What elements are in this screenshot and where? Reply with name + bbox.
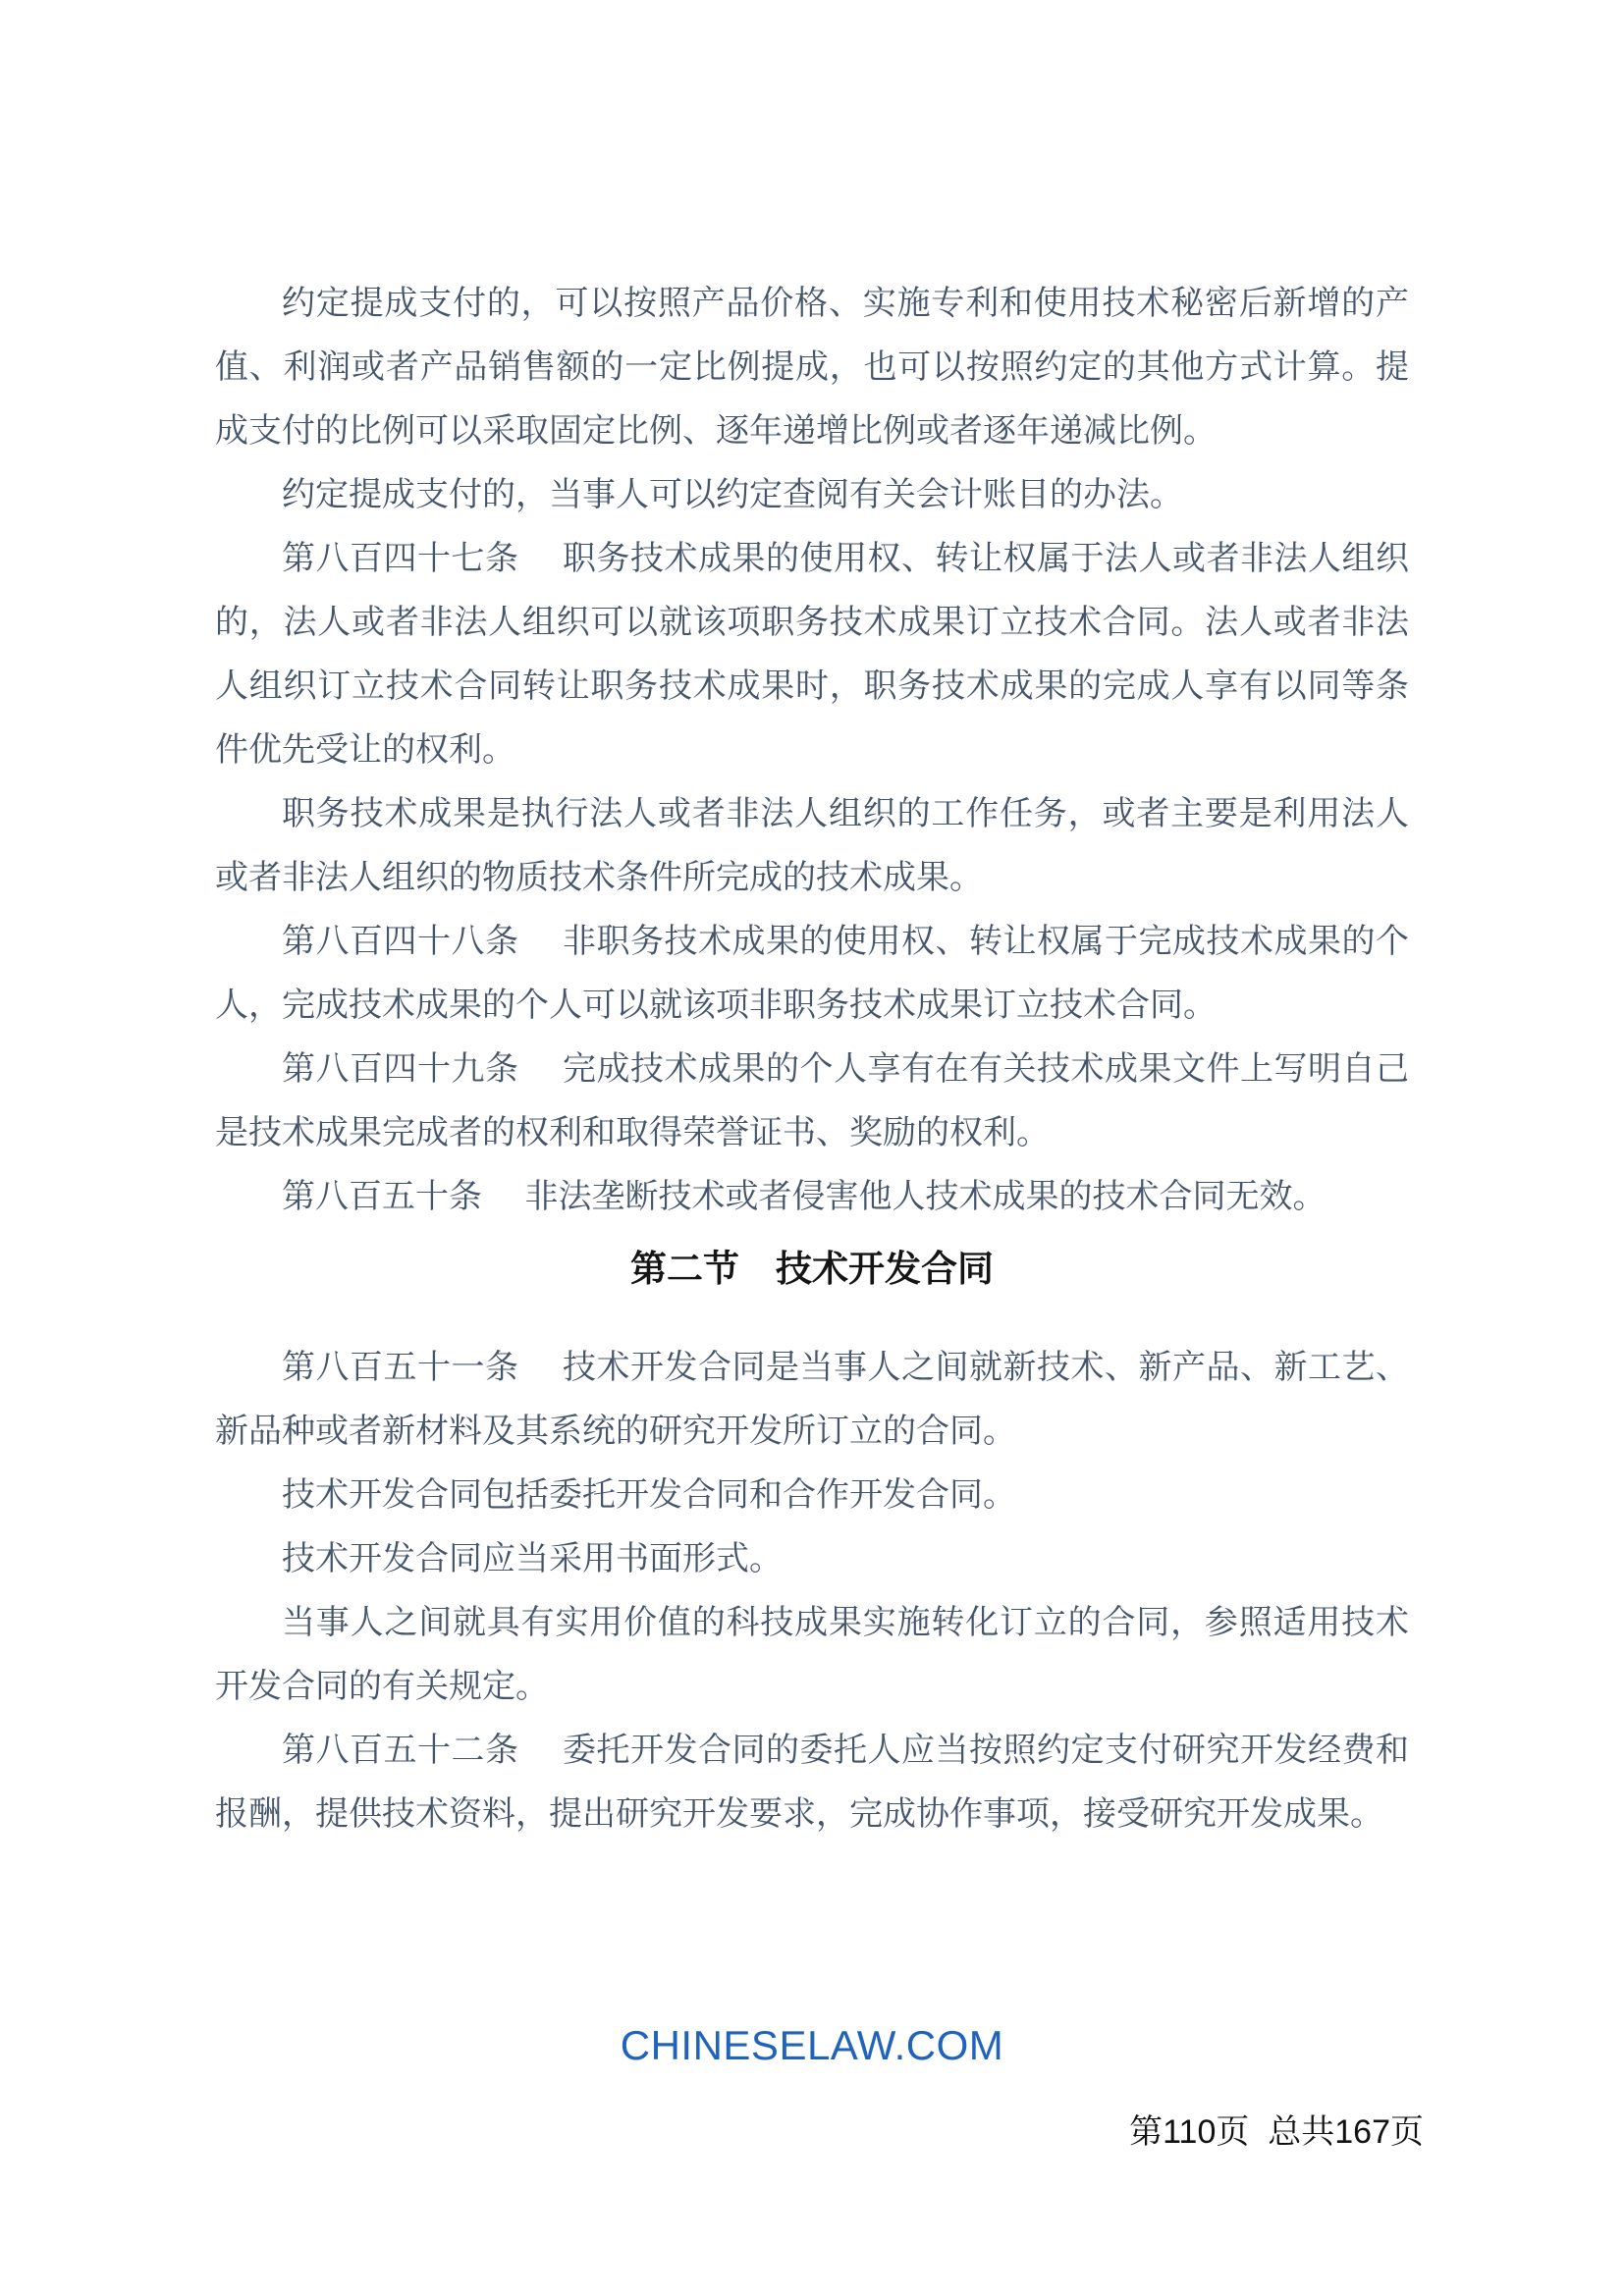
paragraph-article-851: 第八百五十一条 技术开发合同是当事人之间就新技术、新产品、新工艺、新品种或者新材…: [215, 1336, 1409, 1464]
paragraph-article-848: 第八百四十八条 非职务技术成果的使用权、转让权属于完成技术成果的个人，完成技术成…: [215, 910, 1409, 1038]
paragraph-article-852: 第八百五十二条 委托开发合同的委托人应当按照约定支付研究开发经费和报酬，提供技术…: [215, 1719, 1409, 1846]
paragraph-article-850: 第八百五十条 非法垄断技术或者侵害他人技术成果的技术合同无效。: [215, 1165, 1409, 1229]
footer-site-wrapper: CHINESELAW.COM: [0, 2022, 1624, 2069]
section-heading-tech-development-contract: 第二节 技术开发合同: [215, 1237, 1409, 1301]
site-link[interactable]: CHINESELAW.COM: [621, 2022, 1004, 2068]
paragraph-article-847-definition: 职务技术成果是执行法人或者非法人组织的工作任务，或者主要是利用法人或者非法人组织…: [215, 782, 1409, 910]
paragraph-article-851-conversion: 当事人之间就具有实用价值的科技成果实施转化订立的合同，参照适用技术开发合同的有关…: [215, 1591, 1409, 1719]
document-body: 约定提成支付的，可以按照产品价格、实施专利和使用技术秘密后新增的产值、利润或者产…: [215, 272, 1409, 1846]
paragraph-royalty-audit: 约定提成支付的，当事人可以约定查阅有关会计账目的办法。: [215, 463, 1409, 527]
paragraph-article-849: 第八百四十九条 完成技术成果的个人享有在有关技术成果文件上写明自己是技术成果完成…: [215, 1038, 1409, 1165]
paragraph-article-851-types: 技术开发合同包括委托开发合同和合作开发合同。: [215, 1464, 1409, 1527]
paragraph-royalty-calculation: 约定提成支付的，可以按照产品价格、实施专利和使用技术秘密后新增的产值、利润或者产…: [215, 272, 1409, 463]
paragraph-article-851-written-form: 技术开发合同应当采用书面形式。: [215, 1527, 1409, 1591]
document-page: 约定提成支付的，可以按照产品价格、实施专利和使用技术秘密后新增的产值、利润或者产…: [0, 0, 1624, 2296]
page-indicator: 第110页 总共167页: [1129, 2112, 1424, 2152]
paragraph-article-847: 第八百四十七条 职务技术成果的使用权、转让权属于法人或者非法人组织的，法人或者非…: [215, 527, 1409, 782]
